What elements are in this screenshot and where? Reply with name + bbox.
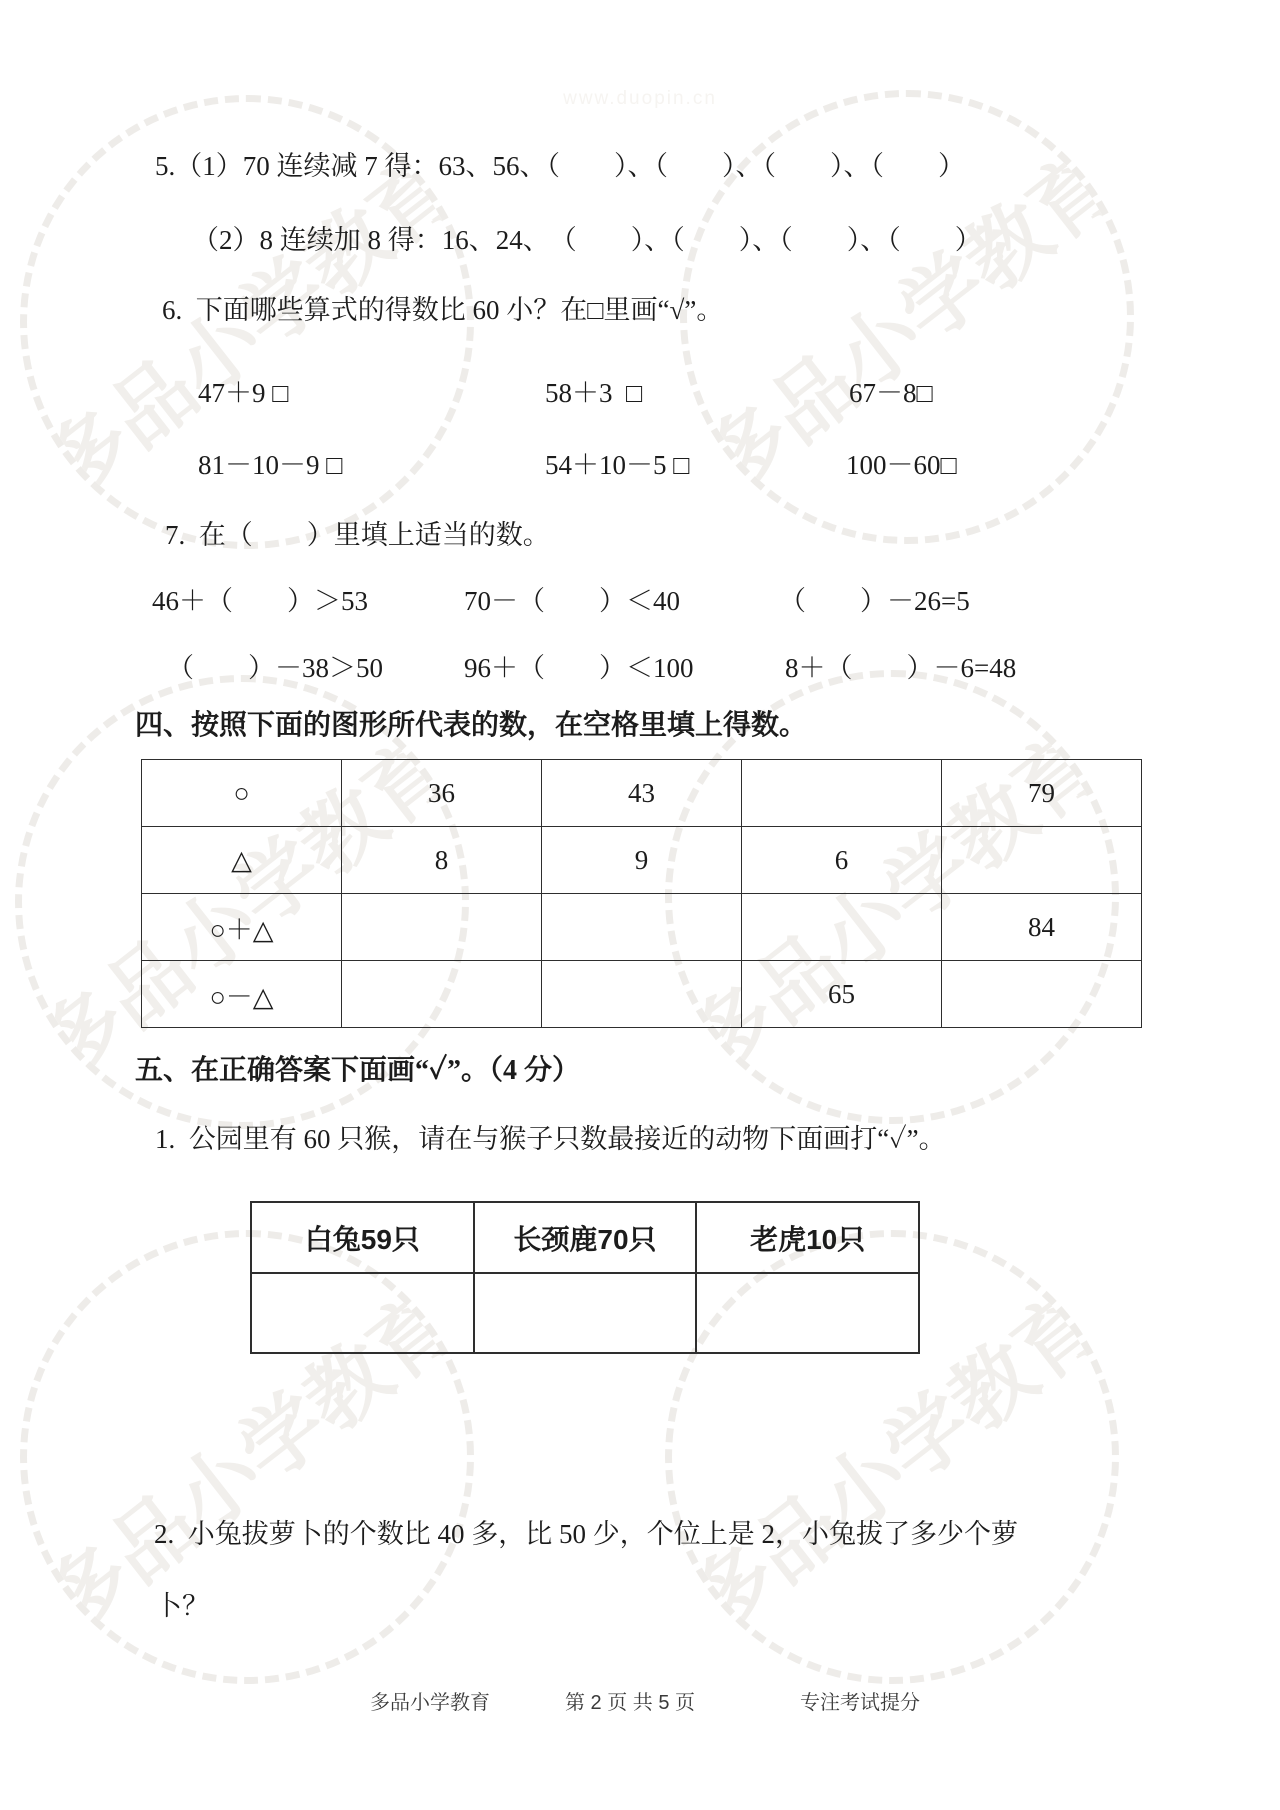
question-6-expression: 81－10－9 □ <box>198 449 343 483</box>
question-7-expression: （ ）－38＞50 <box>167 652 383 686</box>
animal-header-cell: 白兔59只 <box>251 1202 474 1273</box>
circle-plus-triangle-cell: ○＋△ <box>142 894 342 961</box>
url-watermark: www.duopin.cn <box>0 88 1280 110</box>
shapes-number-table: ○ 36 43 79 △ 8 9 6 ○＋△ 84 ○－△ 65 <box>141 759 1142 1028</box>
question-7-expression: 96＋（ ）＜100 <box>464 652 694 686</box>
table-cell-blank <box>542 894 742 961</box>
table-row: △ 8 9 6 <box>142 827 1142 894</box>
question-6-expression: 47＋9 □ <box>198 377 289 411</box>
table-cell-blank <box>742 894 942 961</box>
animal-header-cell: 长颈鹿70只 <box>474 1202 697 1273</box>
circle-minus-triangle-cell: ○－△ <box>142 961 342 1028</box>
table-cell: 36 <box>342 760 542 827</box>
table-row <box>251 1273 919 1353</box>
table-row: ○＋△ 84 <box>142 894 1142 961</box>
table-cell: 65 <box>742 961 942 1028</box>
question-2-line-2: 卜？ <box>155 1590 209 1624</box>
footer-page-number: 第 2 页 共 5 页 <box>565 1686 695 1715</box>
question-7-title: 7. 在（ ）里填上适当的数。 <box>165 519 550 553</box>
answer-cell-blank <box>474 1273 697 1353</box>
question-6-title: 6. 下面哪些算式的得数比 60 小？在□里画“√”。 <box>162 294 723 328</box>
circle-symbol-cell: ○ <box>142 760 342 827</box>
animal-header-cell: 老虎10只 <box>696 1202 919 1273</box>
question-7-expression: （ ）－26=5 <box>779 585 970 619</box>
question-7-expression: 70－（ ）＜40 <box>464 585 680 619</box>
question-6-expression: 67－8□ <box>849 377 933 411</box>
section-5-title: 五、在正确答案下面画“✓”。（4 分） <box>135 1053 580 1088</box>
question-7-expression: 46＋（ ）＞53 <box>152 585 368 619</box>
question-5-line-2: （2）8 连续加 8 得：16、24、 （ ）、（ ）、（ ）、（ ） <box>192 224 982 258</box>
table-row: ○ 36 43 79 <box>142 760 1142 827</box>
table-cell: 79 <box>942 760 1142 827</box>
table-cell-blank <box>742 760 942 827</box>
answer-cell-blank <box>696 1273 919 1353</box>
table-cell-blank <box>342 894 542 961</box>
question-2-line-1: 2. 小兔拔萝卜的个数比 40 多，比 50 少，个位上是 2，小兔拔了多少个萝 <box>154 1518 1018 1552</box>
question-5-line-1: 5.（1）70 连续减 7 得：63、56、（ ）、（ ）、（ ）、（ ） <box>155 150 965 184</box>
question-6-expression: 100－60□ <box>846 449 957 483</box>
triangle-symbol-cell: △ <box>142 827 342 894</box>
question-1-text: 1. 公园里有 60 只猴，请在与猴子只数最接近的动物下面画打“✓”。 <box>155 1123 946 1157</box>
table-row: ○－△ 65 <box>142 961 1142 1028</box>
section-4-title: 四、按照下面的图形所代表的数，在空格里填上得数。 <box>135 708 807 743</box>
table-cell-blank <box>542 961 742 1028</box>
question-6-expression: 54＋10－5 □ <box>545 449 690 483</box>
table-cell: 43 <box>542 760 742 827</box>
table-cell: 8 <box>342 827 542 894</box>
answer-cell-blank <box>251 1273 474 1353</box>
question-7-expression: 8＋（ ）－6=48 <box>785 652 1016 686</box>
table-header-row: 白兔59只 长颈鹿70只 老虎10只 <box>251 1202 919 1273</box>
table-cell-blank <box>342 961 542 1028</box>
question-6-expression: 58＋3 □ <box>545 377 642 411</box>
table-cell: 6 <box>742 827 942 894</box>
table-cell: 9 <box>542 827 742 894</box>
animal-count-table: 白兔59只 长颈鹿70只 老虎10只 <box>250 1201 920 1354</box>
table-cell: 84 <box>942 894 1142 961</box>
footer-slogan: 专注考试提分 <box>800 1686 920 1715</box>
footer-brand: 多品小学教育 <box>370 1686 490 1715</box>
test-paper-page: www.duopin.cn 多品小学教育 多品小学教育 多品小学教育 多品小学教… <box>0 0 1280 1810</box>
table-cell-blank <box>942 827 1142 894</box>
table-cell-blank <box>942 961 1142 1028</box>
